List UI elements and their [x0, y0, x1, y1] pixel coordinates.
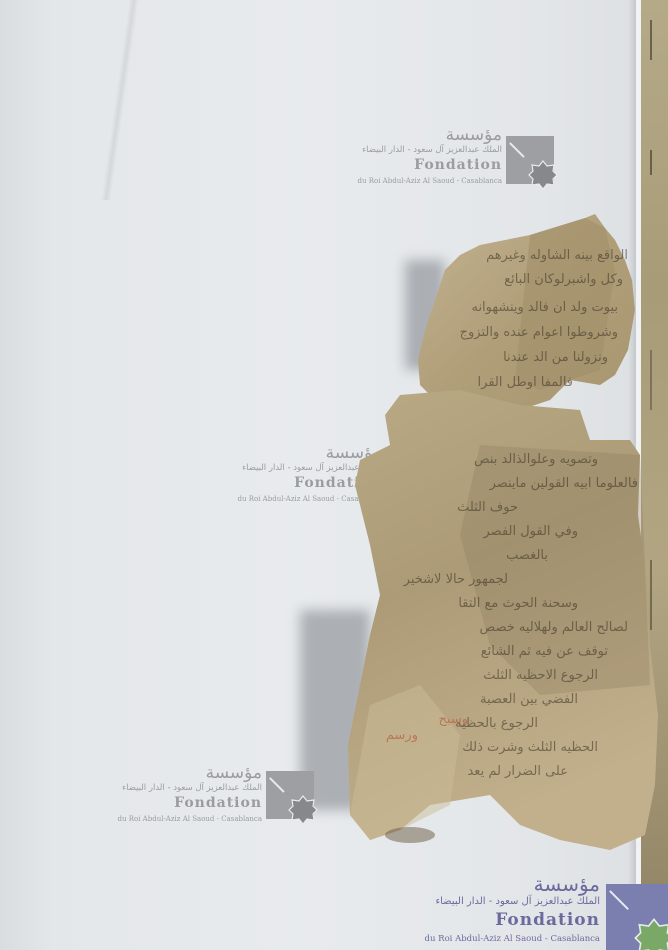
- manuscript-line: وسحنة الحوث مع التقا: [458, 596, 578, 611]
- manuscript-line: الرجوع الاحظيه الثلث: [483, 668, 598, 683]
- watermark-lower: مؤسسة الملك عبدالعزيز آل سعود - الدار ال…: [95, 763, 320, 833]
- watermark-arabic-title: مؤسسة: [446, 125, 502, 145]
- manuscript-line: توقف عن فيه ثم الشائع: [481, 644, 608, 659]
- manuscript-line: وفي القول الفصر: [484, 524, 579, 539]
- rubric-mark: ورسم: [386, 728, 418, 743]
- manuscript-line: ونزولنا من الد عندنا: [503, 350, 608, 365]
- manuscript-line: وتصويه وعلوالذالد بنص: [474, 452, 598, 467]
- strip-ink-mark: [650, 150, 652, 175]
- watermark-arabic-title: مؤسسة: [206, 763, 262, 783]
- foundation-logo-icon: [266, 771, 314, 819]
- manuscript-line: فالعلوما ابيه القولين ماينصر: [490, 476, 638, 491]
- manuscript-line: الحظيه الثلث وشرت ذلك: [462, 740, 598, 755]
- watermark-top: مؤسسة الملك عبدالعزيز آل سعود - الدار ال…: [320, 125, 560, 195]
- watermark-french-subtitle: du Roi Abdul-Aziz Al Saoud - Casablanca: [358, 177, 502, 185]
- manuscript-line: لصالح العالم ولهلاليه خصص: [480, 620, 628, 635]
- foundation-logo-icon: [606, 884, 668, 950]
- watermark-arabic-subtitle: الملك عبدالعزيز آل سعود - الدار البيضاء: [122, 783, 262, 793]
- manuscript-line: الفضي بين العصبة: [480, 692, 578, 707]
- watermark-french-title: Fondation: [414, 157, 502, 173]
- watermark-arabic-subtitle: الملك عبدالعزيز آل سعود - الدار البيضاء: [435, 896, 600, 907]
- manuscript-line: على الضرار لم يعد: [467, 764, 568, 779]
- manuscript-line: الواقع بينه الشاوله وغيرهم: [486, 248, 628, 263]
- watermark-french-title: Fondation: [174, 795, 262, 811]
- watermark-arabic-title: مؤسسة: [534, 872, 600, 896]
- watermark-french-title: Fondation: [495, 910, 600, 930]
- manuscript-line: حوف الثلث: [457, 500, 518, 515]
- watermark-arabic-subtitle: الملك عبدالعزيز آل سعود - الدار البيضاء: [362, 145, 502, 155]
- watermark-french-subtitle: du Roi Abdul-Aziz Al Saoud - Casablanca: [118, 815, 262, 823]
- strip-ink-mark: [650, 20, 652, 60]
- manuscript-line: بيوت ولد ان فالد وينشهوانه: [471, 300, 618, 315]
- rubric-mark: وسبح: [439, 712, 469, 727]
- watermark-french-subtitle: du Roi Abdul-Aziz Al Saoud - Casablanca: [425, 934, 600, 944]
- manuscript-line: وشروطوا اعوام عنده والتزوج: [460, 325, 618, 340]
- watermark-bottom-color: مؤسسة الملك عبدالعزيز آل سعود - الدار ال…: [395, 872, 668, 950]
- foundation-logo-icon: [506, 136, 554, 184]
- manuscript-line: وكل واشبرلوكان البائع: [504, 272, 623, 287]
- manuscript-line: لجمهور حالا لاشخير: [404, 572, 508, 587]
- manuscript-line: بالغصب: [506, 548, 548, 563]
